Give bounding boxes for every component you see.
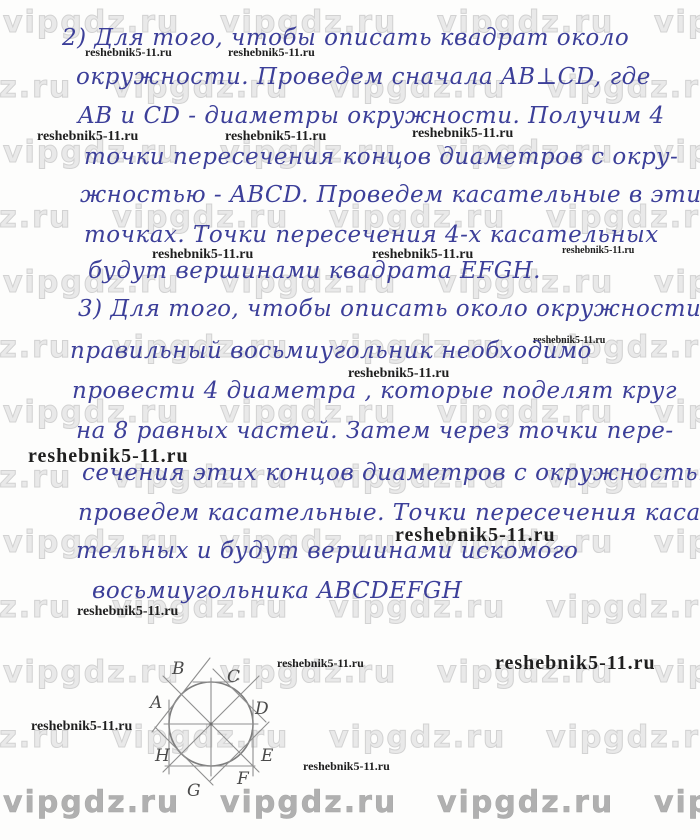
handwritten-line: жностью - ABCD. Проведем касательные в э… (80, 182, 700, 210)
vipgdz-watermark: vipgdz.ru (654, 268, 700, 298)
handwritten-line: точки пересечения концов диаметров с окр… (84, 144, 678, 172)
handwritten-line: проведем касательные. Точки пересечения … (78, 500, 700, 528)
vertex-label-C: C (227, 667, 240, 687)
handwritten-line: тельных и будут вершинами искомого (76, 538, 578, 566)
center-point (209, 722, 212, 725)
vipgdz-watermark: vipgdz.ru (0, 593, 72, 623)
handwritten-line: точках. Точки пересечения 4-х касательны… (84, 222, 659, 250)
vertex-label-B: B (171, 659, 185, 679)
vipgdz-watermark: vipgdz.ru (0, 463, 72, 493)
handwritten-line: сечения этих концов диаметров с окружнос… (82, 460, 700, 488)
vipgdz-watermark: vipgdz.ru (546, 593, 700, 623)
vertex-label-A: A (148, 693, 162, 713)
vertex-label-G: G (187, 781, 201, 801)
scanned-solution-page: vipgdz.ruvipgdz.ruvipgdz.ruvipgdz.ruvipg… (0, 0, 700, 840)
handwritten-line: AB и CD - диаметры окружности. Получим 4 (78, 103, 665, 131)
vipgdz-watermark: vipgdz.ru (0, 73, 72, 103)
vertex-label-E: E (260, 746, 274, 766)
handwritten-line: провести 4 диаметра , которые поделят кр… (72, 378, 677, 406)
vipgdz-watermark: vipgdz.ru (654, 658, 700, 688)
handwritten-line: будут вершинами квадрата EFGH. (88, 258, 541, 286)
octagon-construction-figure: BCADHEGF (131, 644, 291, 804)
vipgdz-watermark: vipgdz.ru (0, 333, 72, 363)
diameter-lines (163, 676, 259, 776)
reshebnik-watermark: reshebnik5-11.ru (225, 130, 326, 144)
reshebnik-watermark: reshebnik5-11.ru (31, 720, 132, 734)
handwritten-line: восьмиугольника ABCDEFGH (92, 578, 462, 606)
vipgdz-watermark: vipgdz.ru (654, 528, 700, 558)
vipgdz-watermark: vipgdz.ru (329, 723, 506, 753)
reshebnik-watermark: reshebnik5-11.ru (495, 653, 656, 673)
vipgdz-watermark: vipgdz.ru (546, 723, 700, 753)
reshebnik-watermark: reshebnik5-11.ru (303, 760, 390, 772)
handwritten-line: окружности. Проведем сначала AB⊥CD, где (76, 64, 651, 92)
handwritten-line: на 8 равных частей. Затем через точки пе… (76, 418, 674, 446)
handwritten-line: 3) Для того, чтобы описать около окружно… (78, 296, 700, 324)
vertex-label-D: D (254, 699, 269, 719)
handwritten-line: правильный восьмиугольник необходимо (70, 338, 592, 366)
vipgdz-watermark: vipgdz.ru (437, 788, 614, 818)
vipgdz-watermark: vipgdz.ru (0, 203, 72, 233)
handwritten-line: 2) Для того, чтобы описать квадрат около (62, 25, 629, 53)
reshebnik-watermark: reshebnik5-11.ru (37, 130, 138, 144)
reshebnik-watermark: reshebnik5-11.ru (77, 605, 178, 619)
vipgdz-watermark: vipgdz.ru (654, 788, 700, 818)
vertex-label-H: H (154, 746, 171, 766)
vipgdz-watermark: vipgdz.ru (654, 8, 700, 38)
vertex-label-F: F (236, 769, 250, 789)
